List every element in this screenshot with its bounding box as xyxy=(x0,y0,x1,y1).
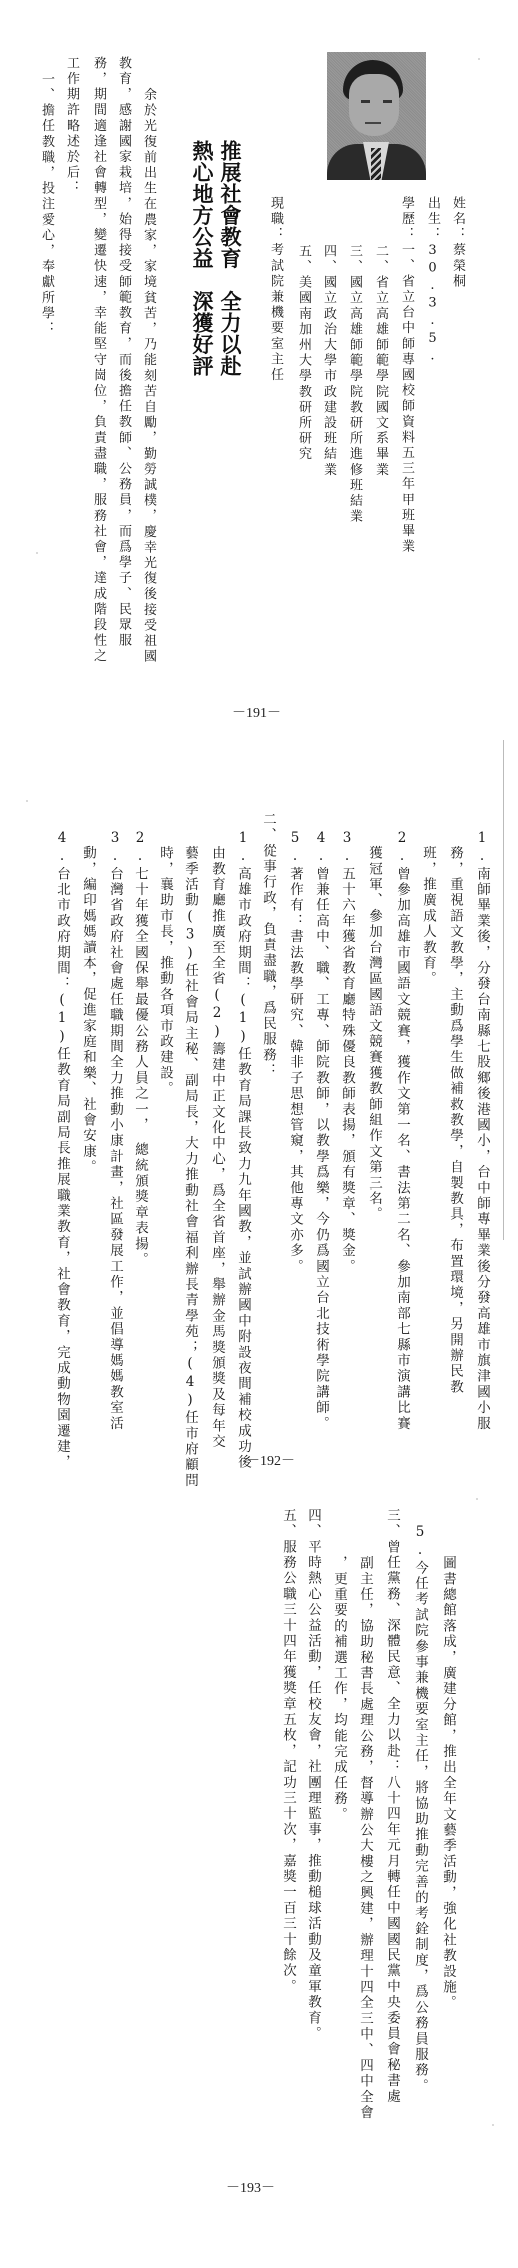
body-paragraph: 余於光復前出生在農家，家境貧苦，乃能刻苦自勵，勤勞誠樸，慶幸光復後接受祖國 xyxy=(140,72,156,665)
section-heading: 五、服務公職三十四年獲獎章五枚，記功三十次，嘉獎一百三十餘次。 xyxy=(280,1508,296,1995)
body-column: 班，推廣成人教育。 xyxy=(420,830,436,987)
section-heading: 二、從事行政，負責盡職，爲民服務： xyxy=(260,812,276,1079)
profile-education-item: 二、省立高雄師範學院國文系畢業 xyxy=(372,244,388,478)
body-column: 由教育廳推廣至全省(2)籌建中正文化中心，爲全省首座，舉辦金馬獎頒獎及每年交 xyxy=(209,830,225,1450)
body-column: 藝季活動(3)任社會局主秘、副局長，大力推動社會福利辦長青學苑；(4)任市府顧問 xyxy=(182,830,198,1489)
page-number: －192－ xyxy=(246,1450,295,1470)
scan-speck xyxy=(36,552,38,554)
scan-speck xyxy=(492,2124,494,2126)
body-column: 3.五十六年獲省教育廳特殊優良教師表揚，頒有獎章、獎金。 xyxy=(339,830,355,1275)
profile-name: 姓名：蔡榮桐 xyxy=(449,196,465,290)
scan-speck xyxy=(26,800,28,802)
body-column: 5.今任考試院參事兼機要室主任，將協助推動完善的考銓制度，爲公務員服務。 xyxy=(412,1524,428,2094)
page-number: －191－ xyxy=(232,702,281,722)
page-edge-line xyxy=(503,740,504,1240)
body-column: 獲冠軍、參加台灣區國語文競賽獲教師組作文第三名。 xyxy=(366,830,382,1223)
body-column: 5.著作有：書法教學研究、韓非子思想管窺，其他專文亦多。 xyxy=(287,830,303,1275)
body-column: 1.南師畢業後，分發台南縣七股鄉後港國小，台中師專畢業後分發高雄市旗津國小服 xyxy=(474,830,490,1432)
body-column: 圖書總館落成，廣建分館，推出全年文藝季活動，強化社教設施。 xyxy=(440,1540,456,2011)
profile-birth: 出生：30.3.5. xyxy=(424,196,440,366)
body-column: 3.台灣省政府社會處任職期間全力推動小康計畫，社區發展工作，並倡導媽媽教室活 xyxy=(107,830,123,1432)
scan-speck xyxy=(370,1188,372,1190)
body-column: 副主任，協助秘書長處理公務，督導辦公大樓之興建，辦理十四全三中、四中全會 xyxy=(357,1540,373,2121)
profile-current-position: 現職：考試院兼機要室主任 xyxy=(267,196,283,383)
profile-education-item: 五、美國南加州大學教研所研究 xyxy=(295,244,311,462)
body-paragraph: 務，期間適逢社會轉型，變遷快速，幸能堅守崗位，負責盡職，服務社會，達成階段性之 xyxy=(90,56,106,664)
body-column: 4.台北市政府期間：(1)任教育局副局長推展職業教育，社會教育，完成動物園遷建， xyxy=(54,830,70,1471)
body-column: ，更重要的補選工作，均能完成任務。 xyxy=(331,1540,347,1823)
section-heading: 一、擔任教職，投注愛心，奉獻所學： xyxy=(38,72,54,337)
page-192: 1.南師畢業後，分發台南縣七股鄉後港國小，台中師專畢業後分發高雄市旗津國小服 務… xyxy=(0,740,518,1480)
body-column: 4.曾兼任高中、職、工專、師院教師，以教學爲樂，今仍爲國立台北技術學院講師。 xyxy=(313,830,329,1432)
page-number: －193－ xyxy=(226,2177,275,2197)
scan-speck xyxy=(476,1498,478,1500)
profile-education: 學歷：一、省立台中師專國校師資料五三年甲班畢業 xyxy=(398,196,414,555)
body-paragraph: 教育，感謝國家栽培，始得接受師範教育，而後擔任教師、公務員，而爲學子、民眾服 xyxy=(115,56,131,649)
section-heading: 三、曾任黨務、深體民意、全力以赴：八十四年元月轉任中國國民黨中央委員會秘書處 xyxy=(384,1508,400,2105)
body-paragraph: 工作期許略述於后： xyxy=(63,56,79,196)
portrait-photo xyxy=(327,52,426,180)
profile-education-item: 三、國立高雄師範學院教研所進修班結業 xyxy=(346,244,362,525)
body-column: 務，重視語文教學，主動爲學生做補救教學，自製教具，布置環境，另開辦民教 xyxy=(447,830,463,1395)
scan-speck xyxy=(478,58,480,60)
profile-education-item: 四、國立政治大學市政建設班結業 xyxy=(320,244,336,478)
body-column: 時，襄助市長，推動各項市政建設。 xyxy=(157,830,173,1097)
body-column: 2.七十年獲全國保舉最優公務人員之一， 總統頒獎章表揚。 xyxy=(132,830,148,1268)
page-191: 姓名：蔡榮桐 出生：30.3.5. 學歷：一、省立台中師專國校師資料五三年甲班畢… xyxy=(0,0,518,740)
section-heading: 四、平時熱心公益活動，任校友會，社團理監事，推動槌球活動及童軍教育。 xyxy=(305,1508,321,2042)
body-column: 1.高雄市政府期間：(1)任教育局課長致力九年國教，並試辦國中附設夜間補校成功後 xyxy=(235,830,251,1471)
page-193: 圖書總館落成，廣建分館，推出全年文藝季活動，強化社教設施。 5.今任考試院參事兼… xyxy=(0,1480,518,2268)
body-column: 動，編印媽媽讀本，促進家庭和樂、社會安康。 xyxy=(80,830,96,1175)
article-title-line-1: 推展社會教育 全力以赴 xyxy=(218,140,242,377)
body-column: 2.曾參加高雄市國語文競賽，獲作文第一名、書法第二名、參加南部七縣市演講比賽 xyxy=(394,830,410,1432)
article-title-line-2: 熱心地方公益 深獲好評 xyxy=(190,140,214,377)
